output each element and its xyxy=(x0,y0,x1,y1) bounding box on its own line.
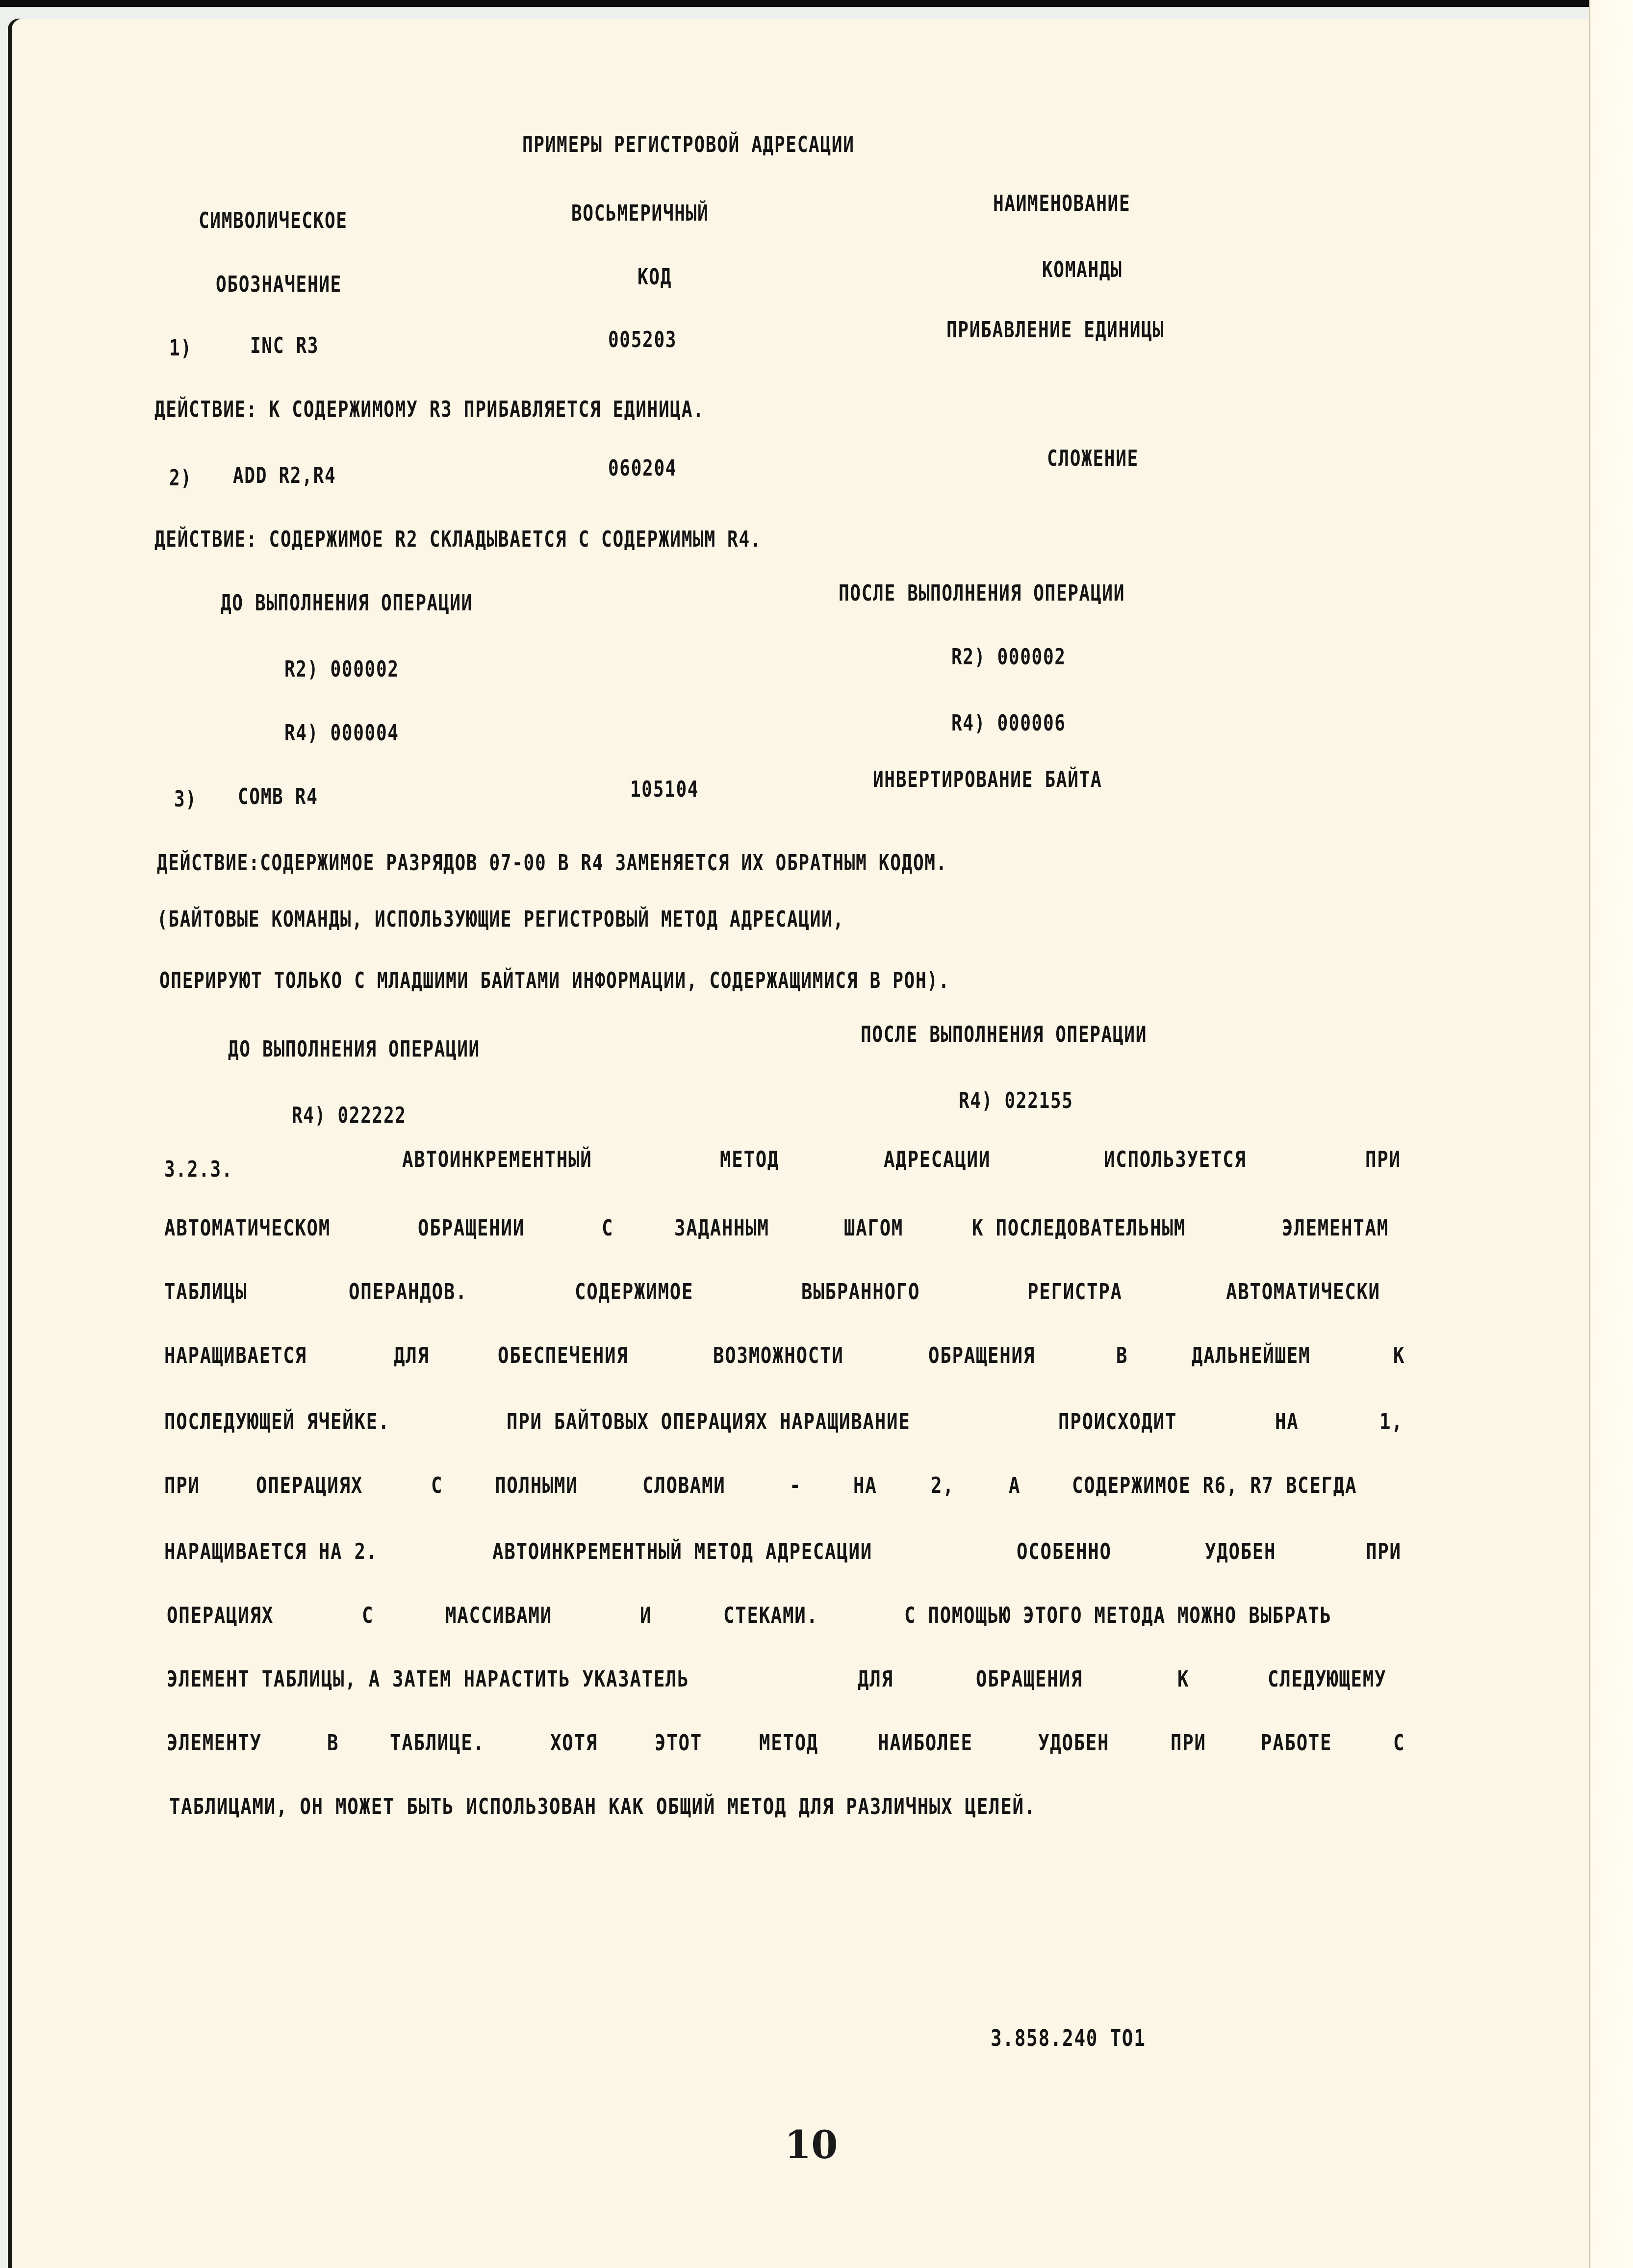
paragraph-word: СОДЕРЖИМОЕ xyxy=(575,1280,693,1305)
example-3-before-label: ДО ВЫПОЛНЕНИЯ ОПЕРАЦИИ xyxy=(228,1037,480,1062)
paragraph-word: ПРИ xyxy=(1171,1731,1206,1756)
paragraph-word: - xyxy=(790,1473,801,1498)
example-2-after-r2: R2) 000002 xyxy=(951,645,1066,670)
paragraph-word: ЭЛЕМЕНТУ xyxy=(167,1731,262,1756)
paragraph-word: МЕТОД xyxy=(759,1731,818,1756)
header-col3-line2: КОМАНДЫ xyxy=(1042,257,1123,282)
paragraph-word: ПРОИСХОДИТ xyxy=(1058,1410,1177,1435)
paragraph-word: ОБРАЩЕНИЯ xyxy=(928,1343,1035,1368)
paragraph-word: НА xyxy=(1275,1410,1299,1435)
paragraph-word: СОДЕРЖИМОЕ R6, R7 ВСЕГДА xyxy=(1072,1473,1357,1498)
paragraph-word: ПОЛНЫМИ xyxy=(495,1473,578,1498)
scan-top-border xyxy=(0,0,1633,7)
header-col1-line2: ОБОЗНАЧЕНИЕ xyxy=(216,272,342,297)
paragraph-word: В xyxy=(327,1731,339,1756)
paragraph-word: ОПЕРАНДОВ. xyxy=(349,1280,467,1305)
example-2-name: СЛОЖЕНИЕ xyxy=(1047,446,1139,471)
paragraph-line: ПРИОПЕРАЦИЯХСПОЛНЫМИСЛОВАМИ-НА2,АСОДЕРЖИ… xyxy=(164,1473,1407,1498)
paragraph-word: ТАБЛИЦЫ xyxy=(164,1280,248,1305)
paragraph-word: АВТОМАТИЧЕСКОМ xyxy=(164,1216,331,1241)
paragraph-line: ТАБЛИЦАМИ, ОН МОЖЕТ БЫТЬ ИСПОЛЬЗОВАН КАК… xyxy=(169,1794,1334,1819)
paragraph-word: НА xyxy=(853,1473,877,1498)
example-1-number: 1) xyxy=(169,336,192,361)
example-3-after-r4: R4) 022155 xyxy=(959,1088,1073,1113)
example-2-before-r4: R4) 000004 xyxy=(284,721,399,746)
paragraph-word: ДЛЯ xyxy=(394,1343,430,1368)
paragraph-word: ШАГОМ xyxy=(844,1216,903,1241)
example-3-before-r4: R4) 022222 xyxy=(292,1103,407,1128)
paragraph-word: ОПЕРАЦИЯХ xyxy=(256,1473,363,1498)
paragraph-line: ТАБЛИЦЫОПЕРАНДОВ.СОДЕРЖИМОЕВЫБРАННОГОРЕГ… xyxy=(164,1280,1407,1305)
example-2-after-r4: R4) 000006 xyxy=(951,711,1066,736)
document-code: 3.858.240 ТО1 xyxy=(991,2025,1146,2051)
paragraph-word: АДРЕСАЦИИ xyxy=(884,1147,991,1172)
paragraph-word: ЭЛЕМЕНТ ТАБЛИЦЫ, А ЗАТЕМ НАРАСТИТЬ УКАЗА… xyxy=(167,1667,689,1692)
header-col3-line1: НАИМЕНОВАНИЕ xyxy=(993,191,1130,216)
paragraph-word: ТАБЛИЦЕ. xyxy=(390,1731,485,1756)
paragraph-word: МЕТОД xyxy=(720,1147,779,1172)
header-col2-line2: КОД xyxy=(638,265,672,290)
paragraph-word: ПРИ xyxy=(164,1473,200,1498)
paragraph-word: ВОЗМОЖНОСТИ xyxy=(713,1343,843,1368)
paragraph-word: С ПОМОЩЬЮ ЭТОГО МЕТОДА МОЖНО ВЫБРАТЬ xyxy=(904,1603,1332,1628)
example-3-after-label: ПОСЛЕ ВЫПОЛНЕНИЯ ОПЕРАЦИИ xyxy=(861,1022,1147,1047)
paragraph-word: НАРАЩИВАЕТСЯ xyxy=(164,1343,307,1368)
paragraph-word: МАССИВАМИ xyxy=(445,1603,552,1628)
paragraph-word: С xyxy=(362,1603,374,1628)
section-number: 3.2.3. xyxy=(164,1157,233,1182)
paragraph-word: НАРАЩИВАЕТСЯ НА 2. xyxy=(164,1539,378,1564)
paragraph-word: С xyxy=(431,1473,443,1498)
page-title: ПРИМЕРЫ РЕГИСТРОВОЙ АДРЕСАЦИИ xyxy=(522,132,854,157)
paragraph-word: АВТОИНКРЕМЕНТНЫЙ xyxy=(402,1147,592,1172)
paragraph-line: ЭЛЕМЕНТУВТАБЛИЦЕ.ХОТЯЭТОТМЕТОДНАИБОЛЕЕУД… xyxy=(167,1731,1407,1756)
example-2-before-r2: R2) 000002 xyxy=(284,657,399,682)
example-3-note-line2: ОПЕРИРУЮТ ТОЛЬКО С МЛАДШИМИ БАЙТАМИ ИНФО… xyxy=(159,968,950,993)
paragraph-word: АВТОМАТИЧЕСКИ xyxy=(1226,1280,1380,1305)
paragraph-word: ОБРАЩЕНИИ xyxy=(418,1216,525,1241)
paragraph-word: ПРИ xyxy=(1365,1147,1401,1172)
paragraph-word: ЭЛЕМЕНТАМ xyxy=(1282,1216,1389,1241)
paragraph-word: НАИБОЛЕЕ xyxy=(878,1731,973,1756)
paragraph-word: ОБЕСПЕЧЕНИЯ xyxy=(498,1343,628,1368)
example-3-note-line1: (БАЙТОВЫЕ КОМАНДЫ, ИСПОЛЬЗУЮЩИЕ РЕГИСТРО… xyxy=(157,907,844,932)
paragraph-line: ОПЕРАЦИЯХСМАССИВАМИИСТЕКАМИ.С ПОМОЩЬЮ ЭТ… xyxy=(167,1603,1407,1628)
paragraph-line: НАРАЩИВАЕТСЯ НА 2.АВТОИНКРЕМЕНТНЫЙ МЕТОД… xyxy=(164,1539,1407,1564)
paragraph-word: СТЕКАМИ. xyxy=(723,1603,818,1628)
paragraph-word: УДОБЕН xyxy=(1038,1731,1109,1756)
header-col1-line1: СИМВОЛИЧЕСКОЕ xyxy=(199,208,348,233)
paragraph-word: ОПЕРАЦИЯХ xyxy=(167,1603,274,1628)
paragraph-word: СЛЕДУЮЩЕМУ xyxy=(1268,1667,1386,1692)
paragraph-word: ОБРАЩЕНИЯ xyxy=(976,1667,1083,1692)
paragraph-word: К xyxy=(1177,1667,1189,1692)
paragraph-word: С xyxy=(1393,1731,1405,1756)
header-col2-line1: ВОСЬМЕРИЧНЫЙ xyxy=(571,201,709,226)
paragraph-word: ИСПОЛЬЗУЕТСЯ xyxy=(1104,1147,1247,1172)
paragraph-word: УДОБЕН xyxy=(1205,1539,1276,1564)
paragraph-line: ПОСЛЕДУЮЩЕЙ ЯЧЕЙКЕ.ПРИ БАЙТОВЫХ ОПЕРАЦИЯ… xyxy=(164,1410,1407,1435)
paragraph-word: ПРИ БАЙТОВЫХ ОПЕРАЦИЯХ НАРАЩИВАНИЕ xyxy=(507,1410,910,1435)
paragraph-word: А xyxy=(1009,1473,1021,1498)
paragraph-word: И xyxy=(640,1603,652,1628)
example-3-name: ИНВЕРТИРОВАНИЕ БАЙТА xyxy=(873,767,1102,792)
example-3-code: 105104 xyxy=(630,777,699,802)
paragraph-line: АВТОМАТИЧЕСКОМОБРАЩЕНИИСЗАДАННЫМШАГОМК П… xyxy=(164,1216,1407,1241)
paragraph-word: 2, xyxy=(931,1473,954,1498)
paragraph-word: ПОСЛЕДУЮЩЕЙ ЯЧЕЙКЕ. xyxy=(164,1410,390,1435)
paragraph-word: К xyxy=(1393,1343,1405,1368)
example-3-mnemonic: COMB R4 xyxy=(238,784,318,809)
example-2-number: 2) xyxy=(169,466,192,491)
example-1-name: ПРИБАВЛЕНИЕ ЕДИНИЦЫ xyxy=(946,318,1164,343)
page-right-edge xyxy=(1589,0,1633,2268)
example-3-number: 3) xyxy=(174,787,197,812)
paragraph-line: ЭЛЕМЕНТ ТАБЛИЦЫ, А ЗАТЕМ НАРАСТИТЬ УКАЗА… xyxy=(167,1667,1407,1692)
paragraph-word: РАБОТЕ xyxy=(1261,1731,1332,1756)
paragraph-word: ЭТОТ xyxy=(655,1731,702,1756)
paragraph-word: ЗАДАННЫМ xyxy=(674,1216,769,1241)
example-1-code: 005203 xyxy=(608,328,677,353)
example-2-code: 060204 xyxy=(608,456,677,481)
paragraph-word: РЕГИСТРА xyxy=(1027,1280,1123,1305)
example-2-mnemonic: ADD R2,R4 xyxy=(233,463,336,488)
paragraph-word: СЛОВАМИ xyxy=(642,1473,726,1498)
paragraph-word: ДЛЯ xyxy=(858,1667,893,1692)
example-1-action: ДЕЙСТВИЕ: К СОДЕРЖИМОМУ R3 ПРИБАВЛЯЕТСЯ … xyxy=(154,397,704,422)
paragraph-word: В xyxy=(1116,1343,1128,1368)
paragraph-line: АВТОИНКРЕМЕНТНЫЙМЕТОДАДРЕСАЦИИИСПОЛЬЗУЕТ… xyxy=(402,1147,1407,1172)
paragraph-word: ДАЛЬНЕЙШЕМ xyxy=(1192,1343,1310,1368)
paragraph-word: С xyxy=(602,1216,613,1241)
example-2-after-label: ПОСЛЕ ВЫПОЛНЕНИЯ ОПЕРАЦИИ xyxy=(839,581,1125,606)
example-1-mnemonic: INC R3 xyxy=(250,333,319,358)
paragraph-word: К ПОСЛЕДОВАТЕЛЬНЫМ xyxy=(972,1216,1186,1241)
paragraph-line: НАРАЩИВАЕТСЯДЛЯОБЕСПЕЧЕНИЯВОЗМОЖНОСТИОБР… xyxy=(164,1343,1407,1368)
paragraph-word: АВТОИНКРЕМЕНТНЫЙ МЕТОД АДРЕСАЦИИ xyxy=(492,1539,872,1564)
paragraph-word: ПРИ xyxy=(1366,1539,1402,1564)
paragraph-word: ОСОБЕННО xyxy=(1017,1539,1112,1564)
page-number: 10 xyxy=(785,2123,838,2167)
paragraph-word: 1, xyxy=(1379,1410,1403,1435)
paragraph-word: ТАБЛИЦАМИ, ОН МОЖЕТ БЫТЬ ИСПОЛЬЗОВАН КАК… xyxy=(169,1794,1036,1819)
example-2-action: ДЕЙСТВИЕ: СОДЕРЖИМОЕ R2 СКЛАДЫВАЕТСЯ С С… xyxy=(154,527,762,552)
paragraph-word: ХОТЯ xyxy=(550,1731,598,1756)
paragraph-word: ВЫБРАННОГО xyxy=(801,1280,920,1305)
example-2-before-label: ДО ВЫПОЛНЕНИЯ ОПЕРАЦИИ xyxy=(221,591,473,616)
example-3-action: ДЕЙСТВИЕ:СОДЕРЖИМОЕ РАЗРЯДОВ 07-00 В R4 … xyxy=(157,851,947,876)
